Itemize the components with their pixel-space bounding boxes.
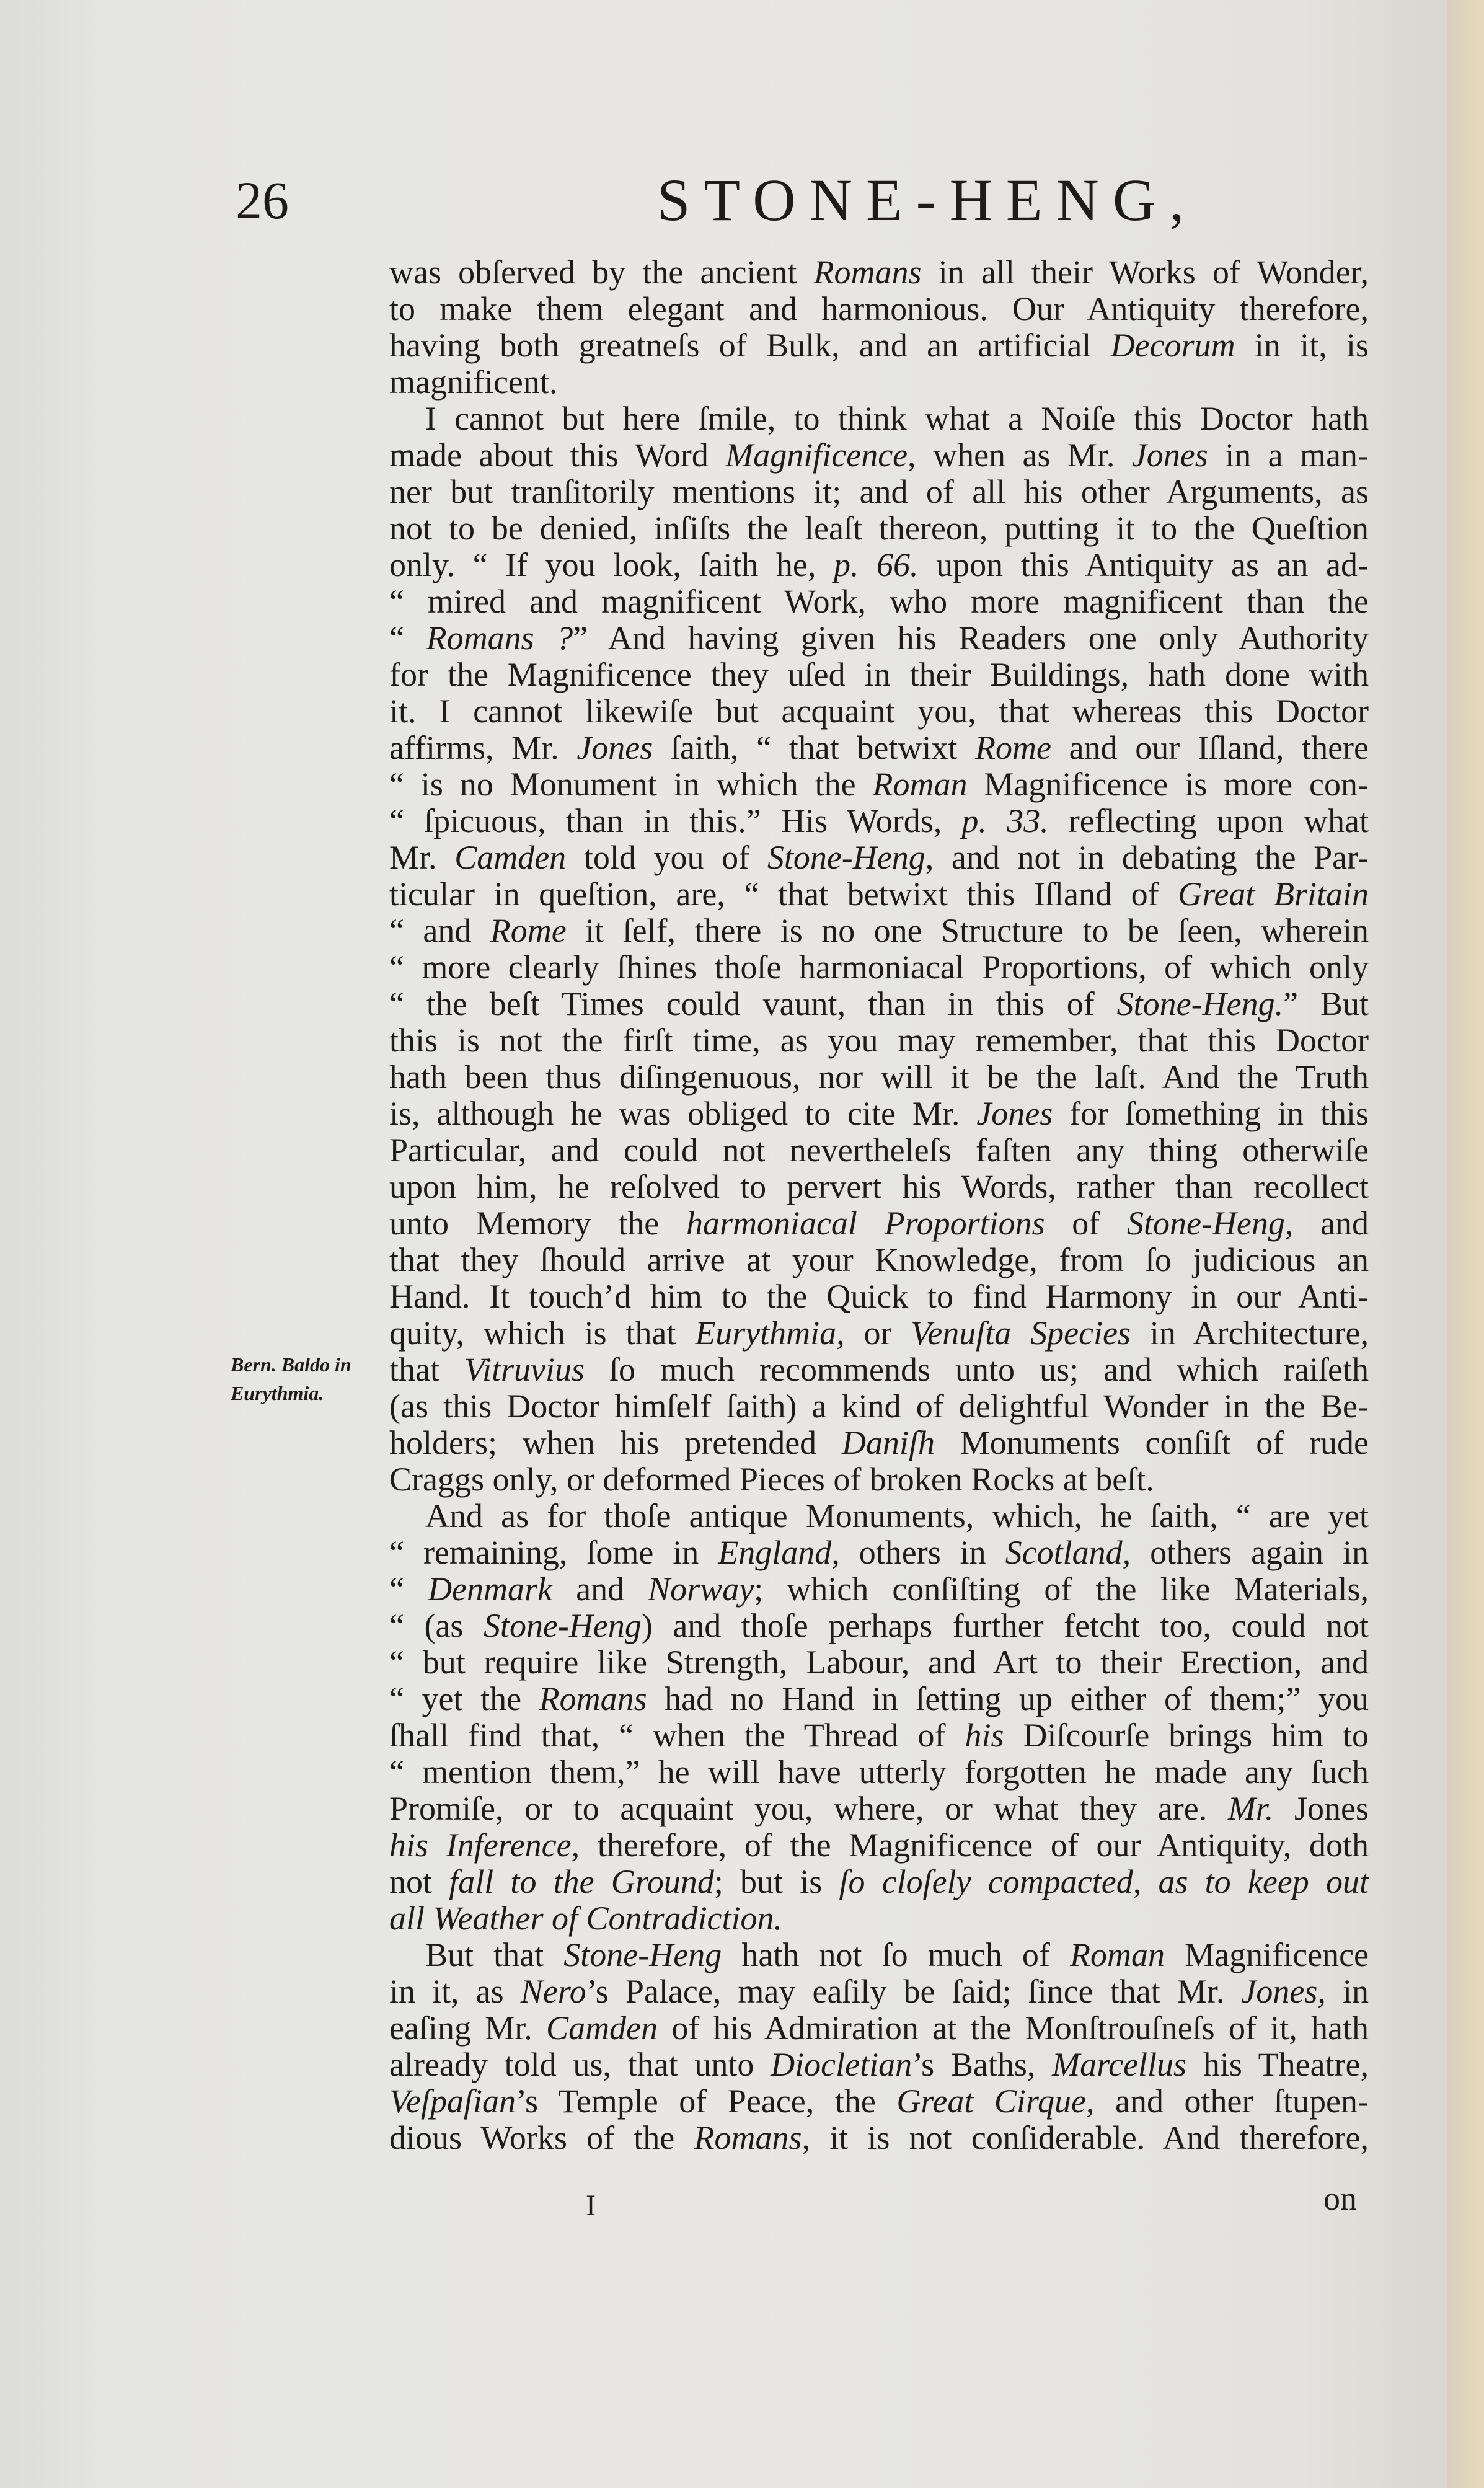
text-line: “ is no Monument in which the Roman Magn… (389, 766, 1369, 803)
roman-text: holders; when his pretended (389, 1424, 842, 1461)
italic-text: Mr. (1228, 1790, 1274, 1827)
italic-text: Scotland, (1005, 1534, 1131, 1571)
roman-text: others again in (1131, 1534, 1369, 1571)
roman-text: ’s Temple of Peace, the (516, 2083, 896, 2120)
italic-text: p. 33. (961, 802, 1048, 839)
text-line: “ (as Stone-Heng) and thoſe perhaps furt… (389, 1608, 1369, 1644)
italic-text: Stone-Heng (484, 1607, 642, 1644)
roman-text: ” But (1283, 985, 1369, 1022)
roman-text: it. I cannot likewiſe but acquaint you, … (389, 693, 1369, 730)
roman-text: hath not ſo much of (722, 1936, 1070, 1973)
text-line: “ Romans ?” And having given his Readers… (389, 620, 1369, 657)
roman-text: eaſing Mr. (389, 2009, 546, 2047)
italic-text: his (965, 1717, 1004, 1754)
text-line: not to be denied, inſiſts the leaſt ther… (389, 510, 1369, 547)
text-line: “ ſpicuous, than in this.” His Words, p.… (389, 803, 1369, 839)
roman-text: But that (425, 1936, 563, 1973)
italic-text: p. 66. (834, 546, 919, 583)
text-line: Hand. It touch’d him to the Quick to fin… (389, 1278, 1369, 1315)
text-line: But that Stone-Heng hath not ſo much of … (389, 1937, 1369, 1973)
text-line: already told us, that unto Diocletian’s … (389, 2047, 1369, 2083)
text-line: “ the beſt Times could vaunt, than in th… (389, 986, 1369, 1022)
roman-text: quity, which is that (389, 1314, 695, 1352)
roman-text: ’s Palace, may eaſily be ſaid; ſince tha… (586, 1973, 1242, 2010)
roman-text: dious Works of the (389, 2119, 694, 2156)
text-line: ner but tranſitorily mentions it; and of… (389, 474, 1369, 510)
catchword: on (1323, 2179, 1357, 2218)
roman-text: “ (as (389, 1607, 484, 1644)
roman-text: in all their Works of Wonder, (922, 254, 1369, 291)
signature-mark: I (586, 2189, 596, 2223)
text-line: that they ſhould arrive at your Knowledg… (389, 1242, 1369, 1278)
italic-text: Veſpaſian (389, 2083, 516, 2120)
roman-text: in (1326, 1973, 1369, 2010)
italic-text: Jones (576, 729, 653, 766)
text-line: And as for thoſe antique Monuments, whic… (389, 1498, 1369, 1534)
italic-text: Romans, (694, 2119, 810, 2156)
roman-text: made about this Word (389, 436, 725, 474)
italic-text: Vitruvius (464, 1351, 585, 1388)
italic-text: ſo cloſely compacted, as to keep out (839, 1863, 1369, 1900)
roman-text: ) and thoſe perhaps further fetcht too, … (642, 1607, 1369, 1644)
roman-text: of his Admiration at the Monſtrouſneſs o… (658, 2009, 1369, 2047)
roman-text: “ mention them,” he will have utterly fo… (389, 1753, 1369, 1791)
roman-text: it ſelf, there is no one Structure to be… (567, 912, 1369, 949)
roman-text: Magnificence (1165, 1936, 1369, 1973)
roman-text: this is not the firſt time, as you may r… (389, 1022, 1369, 1059)
text-line: “ remaining, ſome in England, others in … (389, 1534, 1369, 1571)
roman-text: already told us, that unto (389, 2046, 771, 2083)
roman-text: “ ſpicuous, than in this.” His Words, (389, 802, 961, 839)
roman-text: Mr. (389, 839, 454, 876)
text-line: “ yet the Romans had no Hand in ſetting … (389, 1681, 1369, 1717)
italic-text: Marcellus (1052, 2046, 1186, 2083)
text-line: Veſpaſian’s Temple of Peace, the Great C… (389, 2083, 1369, 2120)
roman-text: for ſomething in this (1053, 1095, 1369, 1132)
italic-text: Eurythmia, (695, 1314, 844, 1352)
roman-text: of (1045, 1205, 1127, 1242)
text-line: for the Magnificence they uſed in their … (389, 657, 1369, 693)
roman-text: that (389, 1351, 464, 1388)
roman-text: Magnificence is more con- (967, 766, 1369, 803)
italic-text: Camden (454, 839, 566, 876)
roman-text: ” And having given his Readers one only … (573, 619, 1369, 657)
roman-text: upon him, he reſolved to pervert his Wor… (389, 1168, 1369, 1205)
roman-text: to make them elegant and harmonious. Our… (389, 290, 1369, 327)
italic-text: England, (718, 1534, 840, 1571)
roman-text: “ is no Monument in which the (389, 766, 873, 803)
roman-text: in a man- (1208, 436, 1369, 474)
body-text: was obſerved by the ancient Romans in al… (389, 254, 1369, 2156)
italic-text: Nero (521, 1973, 586, 2010)
text-line: Promiſe, or to acquaint you, where, or w… (389, 1791, 1369, 1827)
roman-text: in Architecture, (1131, 1314, 1369, 1352)
margin-note-line: Bern. Baldo in (231, 1350, 351, 1379)
running-title: STONE-HENG, (657, 166, 1198, 234)
text-line: to make them elegant and harmonious. Our… (389, 291, 1369, 327)
text-line: “ and Rome it ſelf, there is no one Stru… (389, 913, 1369, 949)
roman-text: Particular, and could not nevertheleſs f… (389, 1131, 1369, 1169)
page-number: 26 (236, 166, 289, 234)
roman-text: ’s Baths, (912, 2046, 1052, 2083)
italic-text: Roman (1070, 1936, 1165, 1973)
roman-text: (as this Doctor himſelf ſaith) a kind of… (389, 1388, 1369, 1425)
roman-text: ſaith, “ that betwixt (653, 729, 975, 766)
text-line: in it, as Nero’s Palace, may eaſily be ſ… (389, 1973, 1369, 2010)
text-line: “ Denmark and Norway; which conſiſting o… (389, 1571, 1369, 1608)
margin-note: Bern. Baldo in Eurythmia. (231, 1350, 351, 1407)
roman-text: “ yet the (389, 1680, 539, 1717)
italic-text: Rome (975, 729, 1051, 766)
italic-text: Rome (490, 912, 567, 949)
italic-text: harmoniacal Proportions (686, 1205, 1045, 1242)
roman-text: ſhall find that, “ when the Thread of (389, 1717, 965, 1754)
roman-text: “ remaining, ſome in (389, 1534, 718, 1571)
roman-text: ; but is (714, 1863, 839, 1900)
italic-text: Magnificence (725, 436, 908, 474)
roman-text: Hand. It touch’d him to the Quick to fin… (389, 1278, 1369, 1315)
text-line: dious Works of the Romans, it is not con… (389, 2120, 1369, 2156)
text-line: affirms, Mr. Jones ſaith, “ that betwixt… (389, 730, 1369, 766)
italic-text: Decorum (1111, 327, 1235, 364)
roman-text: ticular in queſtion, are, “ that betwixt… (389, 875, 1178, 913)
text-line: made about this Word Magnificence, when … (389, 437, 1369, 474)
italic-text: Daniſh (842, 1424, 935, 1461)
text-line: holders; when his pretended Daniſh Monum… (389, 1425, 1369, 1461)
text-line: only. “ If you look, ſaith he, p. 66. up… (389, 547, 1369, 583)
running-head: 26 STONE-HENG, (236, 166, 1401, 234)
roman-text: and (552, 1570, 648, 1608)
text-line: upon him, he reſolved to pervert his Wor… (389, 1169, 1369, 1205)
roman-text: “ mired and magnificent Work, who more m… (389, 583, 1369, 620)
text-line: it. I cannot likewiſe but acquaint you, … (389, 693, 1369, 730)
roman-text: reflecting upon what (1049, 802, 1369, 839)
roman-text: ner but tranſitorily mentions it; and of… (389, 473, 1369, 510)
roman-text: only. “ If you look, ſaith he, (389, 546, 834, 583)
italic-text: Norway (648, 1570, 754, 1608)
text-line: “ but require like Strength, Labour, and… (389, 1644, 1369, 1681)
roman-text: “ more clearly ſhines thoſe harmoniacal … (389, 949, 1369, 986)
text-line: Craggs only, or deformed Pieces of broke… (389, 1461, 1369, 1498)
italic-text: Great Cirque, (896, 2083, 1094, 2120)
italic-text: Denmark (428, 1570, 552, 1608)
italic-text: Roman (873, 766, 968, 803)
roman-text: , and not in debating the Par- (925, 839, 1369, 876)
text-line: this is not the firſt time, as you may r… (389, 1022, 1369, 1059)
italic-text: Romans (539, 1680, 647, 1717)
roman-text: Promiſe, or to acquaint you, where, or w… (389, 1790, 1228, 1827)
roman-text: Craggs only, or deformed Pieces of broke… (389, 1461, 1154, 1498)
text-line: “ mired and magnificent Work, who more m… (389, 583, 1369, 620)
roman-text: And as for thoſe antique Monuments, whic… (425, 1497, 1369, 1534)
roman-text: not to be denied, inſiſts the leaſt ther… (389, 510, 1369, 547)
italic-text: his Inference, (389, 1826, 580, 1864)
roman-text: or (845, 1314, 911, 1352)
roman-text: had no Hand in ſetting up either of them… (647, 1680, 1369, 1717)
italic-text: Diocletian (771, 2046, 912, 2083)
italic-text: Romans (814, 254, 922, 291)
italic-text: Stone-Heng (563, 1936, 722, 1973)
text-line: having both greatneſs of Bulk, and an ar… (389, 327, 1369, 364)
roman-text: magnificent. (389, 363, 557, 401)
italic-text: Stone-Heng, (1127, 1205, 1293, 1242)
roman-text: Jones (1273, 1790, 1369, 1827)
italic-text: fall to the Ground (449, 1863, 714, 1900)
roman-text: in it, is (1235, 327, 1369, 364)
text-line: (as this Doctor himſelf ſaith) a kind of… (389, 1388, 1369, 1425)
roman-text: ; which conſiſting of the like Materials… (754, 1570, 1369, 1608)
page-edge (1447, 0, 1484, 2488)
roman-text: “ the beſt Times could vaunt, than in th… (389, 985, 1117, 1022)
roman-text: told you of (566, 839, 767, 876)
text-line: ticular in queſtion, are, “ that betwixt… (389, 876, 1369, 913)
text-line: his Inference, therefore, of the Magnifi… (389, 1827, 1369, 1864)
italic-text: Great Britain (1178, 875, 1369, 913)
roman-text: in it, as (389, 1973, 521, 2010)
text-line: ſhall find that, “ when the Thread of hi… (389, 1717, 1369, 1754)
roman-text: upon this Antiquity as an ad- (919, 546, 1369, 583)
text-line: not fall to the Ground; but is ſo cloſel… (389, 1864, 1369, 1900)
roman-text: “ (389, 619, 426, 657)
text-line: quity, which is that Eurythmia, or Venuſ… (389, 1315, 1369, 1352)
roman-text: that they ſhould arrive at your Knowledg… (389, 1241, 1369, 1278)
roman-text: not (389, 1863, 449, 1900)
roman-text: affirms, Mr. (389, 729, 576, 766)
italic-text: Stone-Heng (767, 839, 925, 876)
roman-text: hath been thus diſingenuous, nor will it… (389, 1058, 1369, 1096)
roman-text: his Theatre, (1186, 2046, 1369, 2083)
italic-text: Jones (1132, 436, 1208, 474)
roman-text: unto Memory the (389, 1205, 686, 1242)
text-line: that Vitruvius ſo much recommends unto u… (389, 1352, 1369, 1388)
roman-text: others in (840, 1534, 1005, 1571)
italic-text: Jones (976, 1095, 1053, 1132)
italic-text: all Weather of Contradiction. (389, 1900, 782, 1937)
italic-text: Romans ? (426, 619, 573, 657)
italic-text: Camden (546, 2009, 658, 2047)
text-line: unto Memory the harmoniacal Proportions … (389, 1205, 1369, 1242)
italic-text: Stone-Heng. (1117, 985, 1283, 1022)
roman-text: for the Magnificence they uſed in their … (389, 656, 1369, 693)
roman-text: “ (389, 1570, 428, 1608)
text-line: “ mention them,” he will have utterly fo… (389, 1754, 1369, 1791)
margin-note-line: Eurythmia. (231, 1379, 351, 1407)
text-line: eaſing Mr. Camden of his Admiration at t… (389, 2010, 1369, 2047)
text-line: was obſerved by the ancient Romans in al… (389, 254, 1369, 291)
roman-text: having both greatneſs of Bulk, and an ar… (389, 327, 1111, 364)
roman-text: and (1293, 1205, 1369, 1242)
roman-text: Diſcourſe brings him to (1004, 1717, 1369, 1754)
text-line: Mr. Camden told you of Stone-Heng, and n… (389, 839, 1369, 876)
roman-text: I cannot but here ſmile, to think what a… (425, 400, 1369, 437)
italic-text: Venuſta Species (911, 1314, 1131, 1352)
text-line: magnificent. (389, 364, 1369, 401)
text-line: is, although he was obliged to cite Mr. … (389, 1096, 1369, 1132)
italic-text: Jones, (1241, 1973, 1325, 2010)
text-line: all Weather of Contradiction. (389, 1900, 1369, 1937)
text-line: “ more clearly ſhines thoſe harmoniacal … (389, 949, 1369, 986)
roman-text: and other ſtupen- (1094, 2083, 1369, 2120)
roman-text: ſo much recommends unto us; and which ra… (585, 1351, 1369, 1388)
roman-text: “ but require like Strength, Labour, and… (389, 1644, 1369, 1681)
text-line: hath been thus diſingenuous, nor will it… (389, 1059, 1369, 1096)
roman-text: and our Iſland, there (1051, 729, 1369, 766)
text-line: Particular, and could not nevertheleſs f… (389, 1132, 1369, 1169)
roman-text: Monuments conſiſt of rude (935, 1424, 1369, 1461)
roman-text: “ and (389, 912, 490, 949)
text-line: I cannot but here ſmile, to think what a… (389, 401, 1369, 437)
roman-text: therefore, of the Magnificence of our An… (580, 1826, 1369, 1864)
roman-text: was obſerved by the ancient (389, 254, 814, 291)
roman-text: it is not conſiderable. And therefore, (810, 2119, 1369, 2156)
roman-text: , when as Mr. (908, 436, 1132, 474)
roman-text: is, although he was obliged to cite Mr. (389, 1095, 976, 1132)
